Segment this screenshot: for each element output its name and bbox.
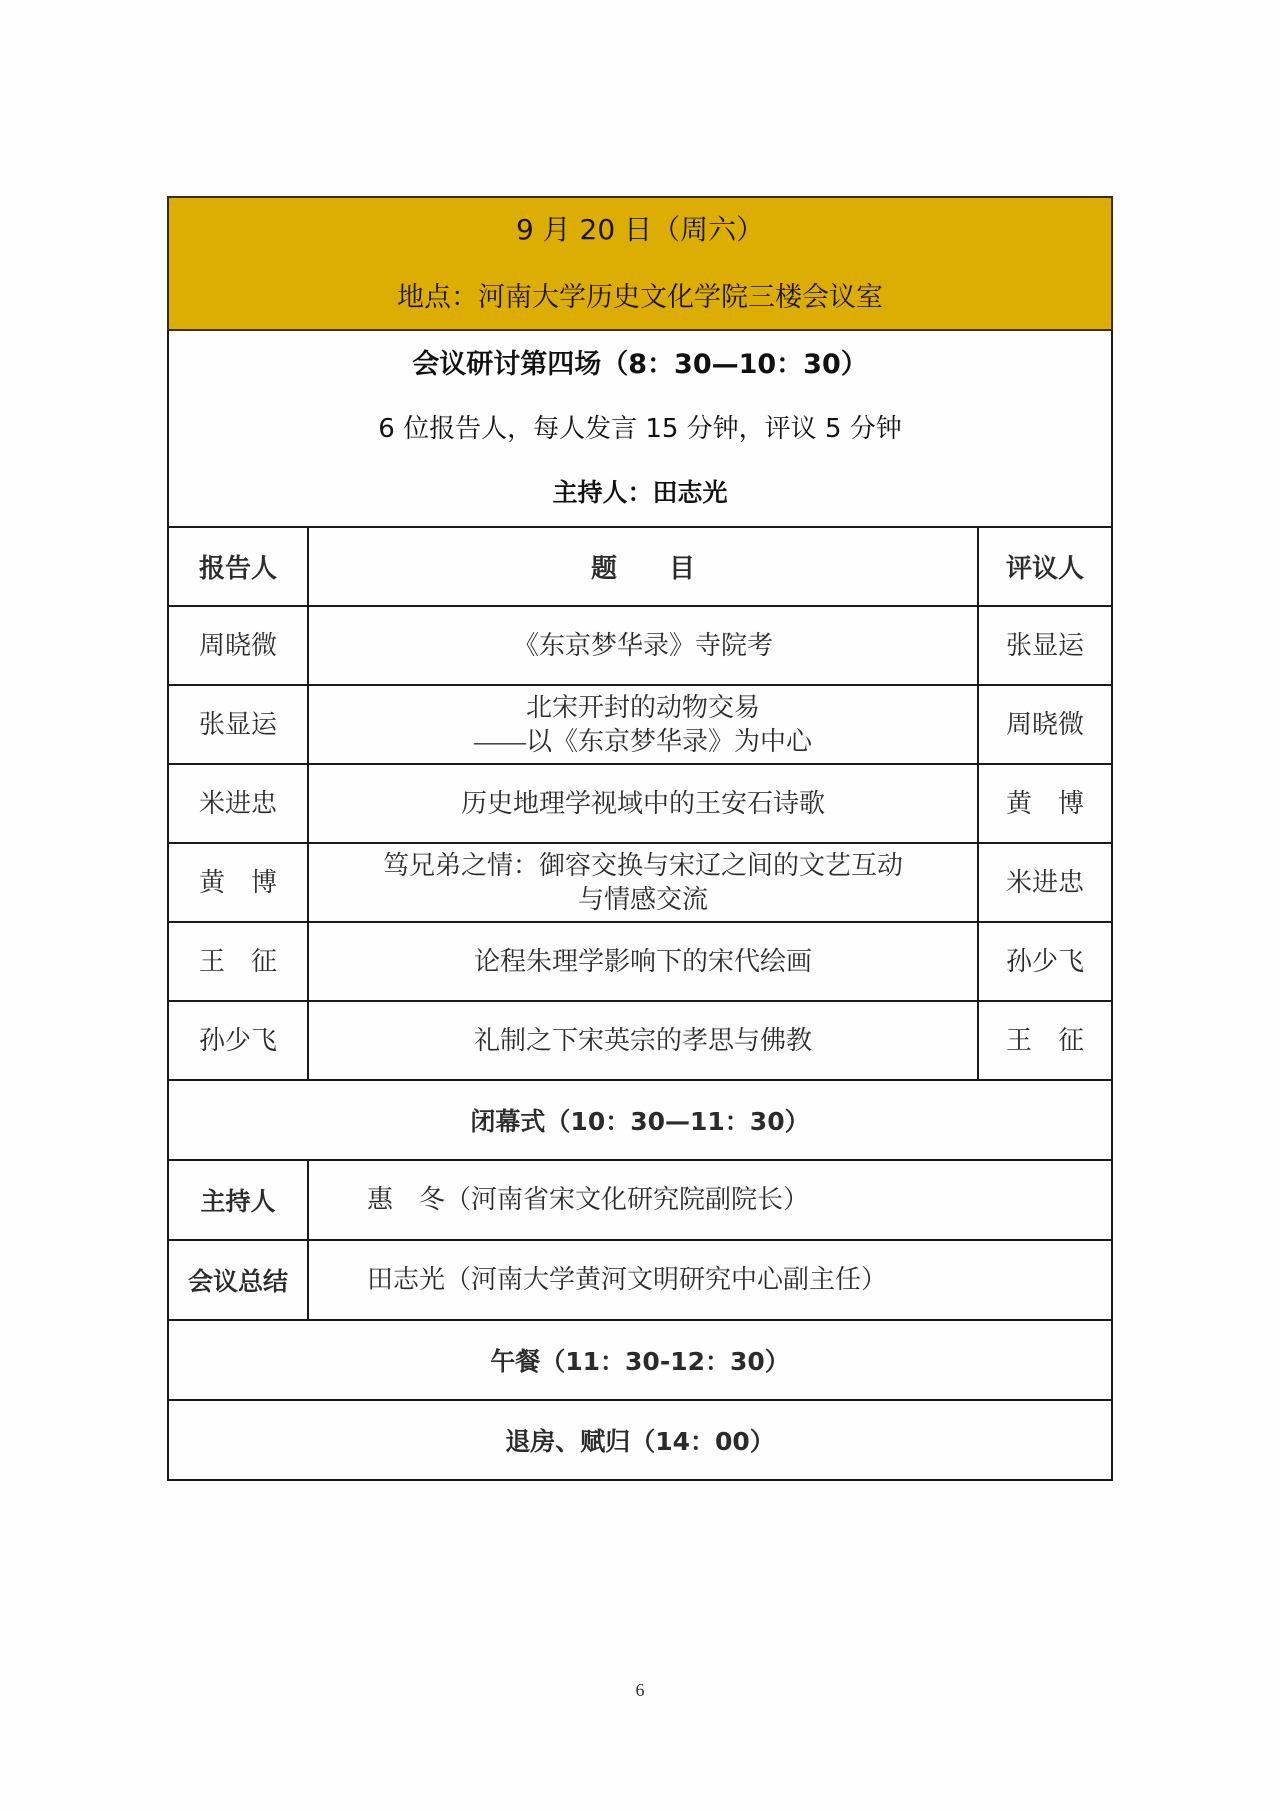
title-line: ——以《东京梦华录》为中心 bbox=[309, 725, 977, 759]
session-info: 会议研讨第四场（8：30—10：30） 6 位报告人，每人发言 15 分钟，评议… bbox=[168, 330, 1112, 527]
discussant-cell: 周晓微 bbox=[978, 685, 1112, 764]
closing-host-value: 惠 冬（河南省宋文化研究院副院长） bbox=[308, 1160, 1112, 1240]
discussant-cell: 米进忠 bbox=[978, 843, 1112, 922]
column-header-title: 题 目 bbox=[308, 527, 978, 606]
day-header-row: 9 月 20 日（周六） 地点：河南大学历史文化学院三楼会议室 bbox=[168, 197, 1112, 330]
session-host: 主持人：田志光 bbox=[169, 476, 1111, 510]
closing-summary-label: 会议总结 bbox=[168, 1240, 308, 1320]
speaker-cell: 孙少飞 bbox=[168, 1001, 308, 1080]
column-header-discussant: 评议人 bbox=[978, 527, 1112, 606]
table-row: 张显运 北宋开封的动物交易 ——以《东京梦华录》为中心 周晓微 bbox=[168, 685, 1112, 764]
lunch-text: 午餐（11：30-12：30） bbox=[168, 1320, 1112, 1400]
title-cell: 论程朱理学影响下的宋代绘画 bbox=[308, 922, 978, 1001]
table-row: 孙少飞 礼制之下宋英宗的孝思与佛教 王 征 bbox=[168, 1001, 1112, 1080]
day-header: 9 月 20 日（周六） 地点：河南大学历史文化学院三楼会议室 bbox=[168, 197, 1112, 330]
closing-summary-value: 田志光（河南大学黄河文明研究中心副主任） bbox=[308, 1240, 1112, 1320]
title-line: 《东京梦华录》寺院考 bbox=[309, 629, 977, 663]
title-cell: 北宋开封的动物交易 ——以《东京梦华录》为中心 bbox=[308, 685, 978, 764]
day-date: 9 月 20 日（周六） bbox=[169, 213, 1111, 247]
title-line: 北宋开封的动物交易 bbox=[309, 691, 977, 725]
session-info-row: 会议研讨第四场（8：30—10：30） 6 位报告人，每人发言 15 分钟，评议… bbox=[168, 330, 1112, 527]
schedule-table: 9 月 20 日（周六） 地点：河南大学历史文化学院三楼会议室 会议研讨第四场（… bbox=[167, 196, 1113, 1481]
title-line: 礼制之下宋英宗的孝思与佛教 bbox=[309, 1024, 977, 1058]
column-header-speaker: 报告人 bbox=[168, 527, 308, 606]
title-cell: 礼制之下宋英宗的孝思与佛教 bbox=[308, 1001, 978, 1080]
lunch-row: 午餐（11：30-12：30） bbox=[168, 1320, 1112, 1400]
closing-ceremony-title: 闭幕式（10：30—11：30） bbox=[168, 1080, 1112, 1160]
table-header-row: 报告人 题 目 评议人 bbox=[168, 527, 1112, 606]
table-row: 黄 博 笃兄弟之情：御容交换与宋辽之间的文艺互动 与情感交流 米进忠 bbox=[168, 843, 1112, 922]
speaker-cell: 黄 博 bbox=[168, 843, 308, 922]
title-line: 历史地理学视域中的王安石诗歌 bbox=[309, 787, 977, 821]
title-cell: 笃兄弟之情：御容交换与宋辽之间的文艺互动 与情感交流 bbox=[308, 843, 978, 922]
closing-host-row: 主持人 惠 冬（河南省宋文化研究院副院长） bbox=[168, 1160, 1112, 1240]
page-number: 6 bbox=[0, 1680, 1280, 1701]
speaker-cell: 王 征 bbox=[168, 922, 308, 1001]
speaker-cell: 张显运 bbox=[168, 685, 308, 764]
checkout-row: 退房、赋归（14：00） bbox=[168, 1400, 1112, 1480]
checkout-text: 退房、赋归（14：00） bbox=[168, 1400, 1112, 1480]
title-line: 笃兄弟之情：御容交换与宋辽之间的文艺互动 bbox=[309, 849, 977, 883]
closing-ceremony-row: 闭幕式（10：30—11：30） bbox=[168, 1080, 1112, 1160]
column-header-title-text: 题 目 bbox=[591, 554, 695, 584]
title-line: 论程朱理学影响下的宋代绘画 bbox=[309, 945, 977, 979]
discussant-cell: 黄 博 bbox=[978, 764, 1112, 843]
discussant-cell: 张显运 bbox=[978, 606, 1112, 685]
speaker-cell: 周晓微 bbox=[168, 606, 308, 685]
title-cell: 《东京梦华录》寺院考 bbox=[308, 606, 978, 685]
table-row: 周晓微 《东京梦华录》寺院考 张显运 bbox=[168, 606, 1112, 685]
discussant-cell: 王 征 bbox=[978, 1001, 1112, 1080]
table-row: 米进忠 历史地理学视域中的王安石诗歌 黄 博 bbox=[168, 764, 1112, 843]
document-page: 9 月 20 日（周六） 地点：河南大学历史文化学院三楼会议室 会议研讨第四场（… bbox=[0, 0, 1280, 1811]
closing-host-label: 主持人 bbox=[168, 1160, 308, 1240]
discussant-cell: 孙少飞 bbox=[978, 922, 1112, 1001]
venue-location: 地点：河南大学历史文化学院三楼会议室 bbox=[169, 281, 1111, 315]
session-title: 会议研讨第四场（8：30—10：30） bbox=[169, 348, 1111, 382]
closing-summary-row: 会议总结 田志光（河南大学黄河文明研究中心副主任） bbox=[168, 1240, 1112, 1320]
speaker-cell: 米进忠 bbox=[168, 764, 308, 843]
title-line: 与情感交流 bbox=[309, 883, 977, 917]
title-cell: 历史地理学视域中的王安石诗歌 bbox=[308, 764, 978, 843]
session-rules: 6 位报告人，每人发言 15 分钟，评议 5 分钟 bbox=[169, 412, 1111, 446]
table-row: 王 征 论程朱理学影响下的宋代绘画 孙少飞 bbox=[168, 922, 1112, 1001]
